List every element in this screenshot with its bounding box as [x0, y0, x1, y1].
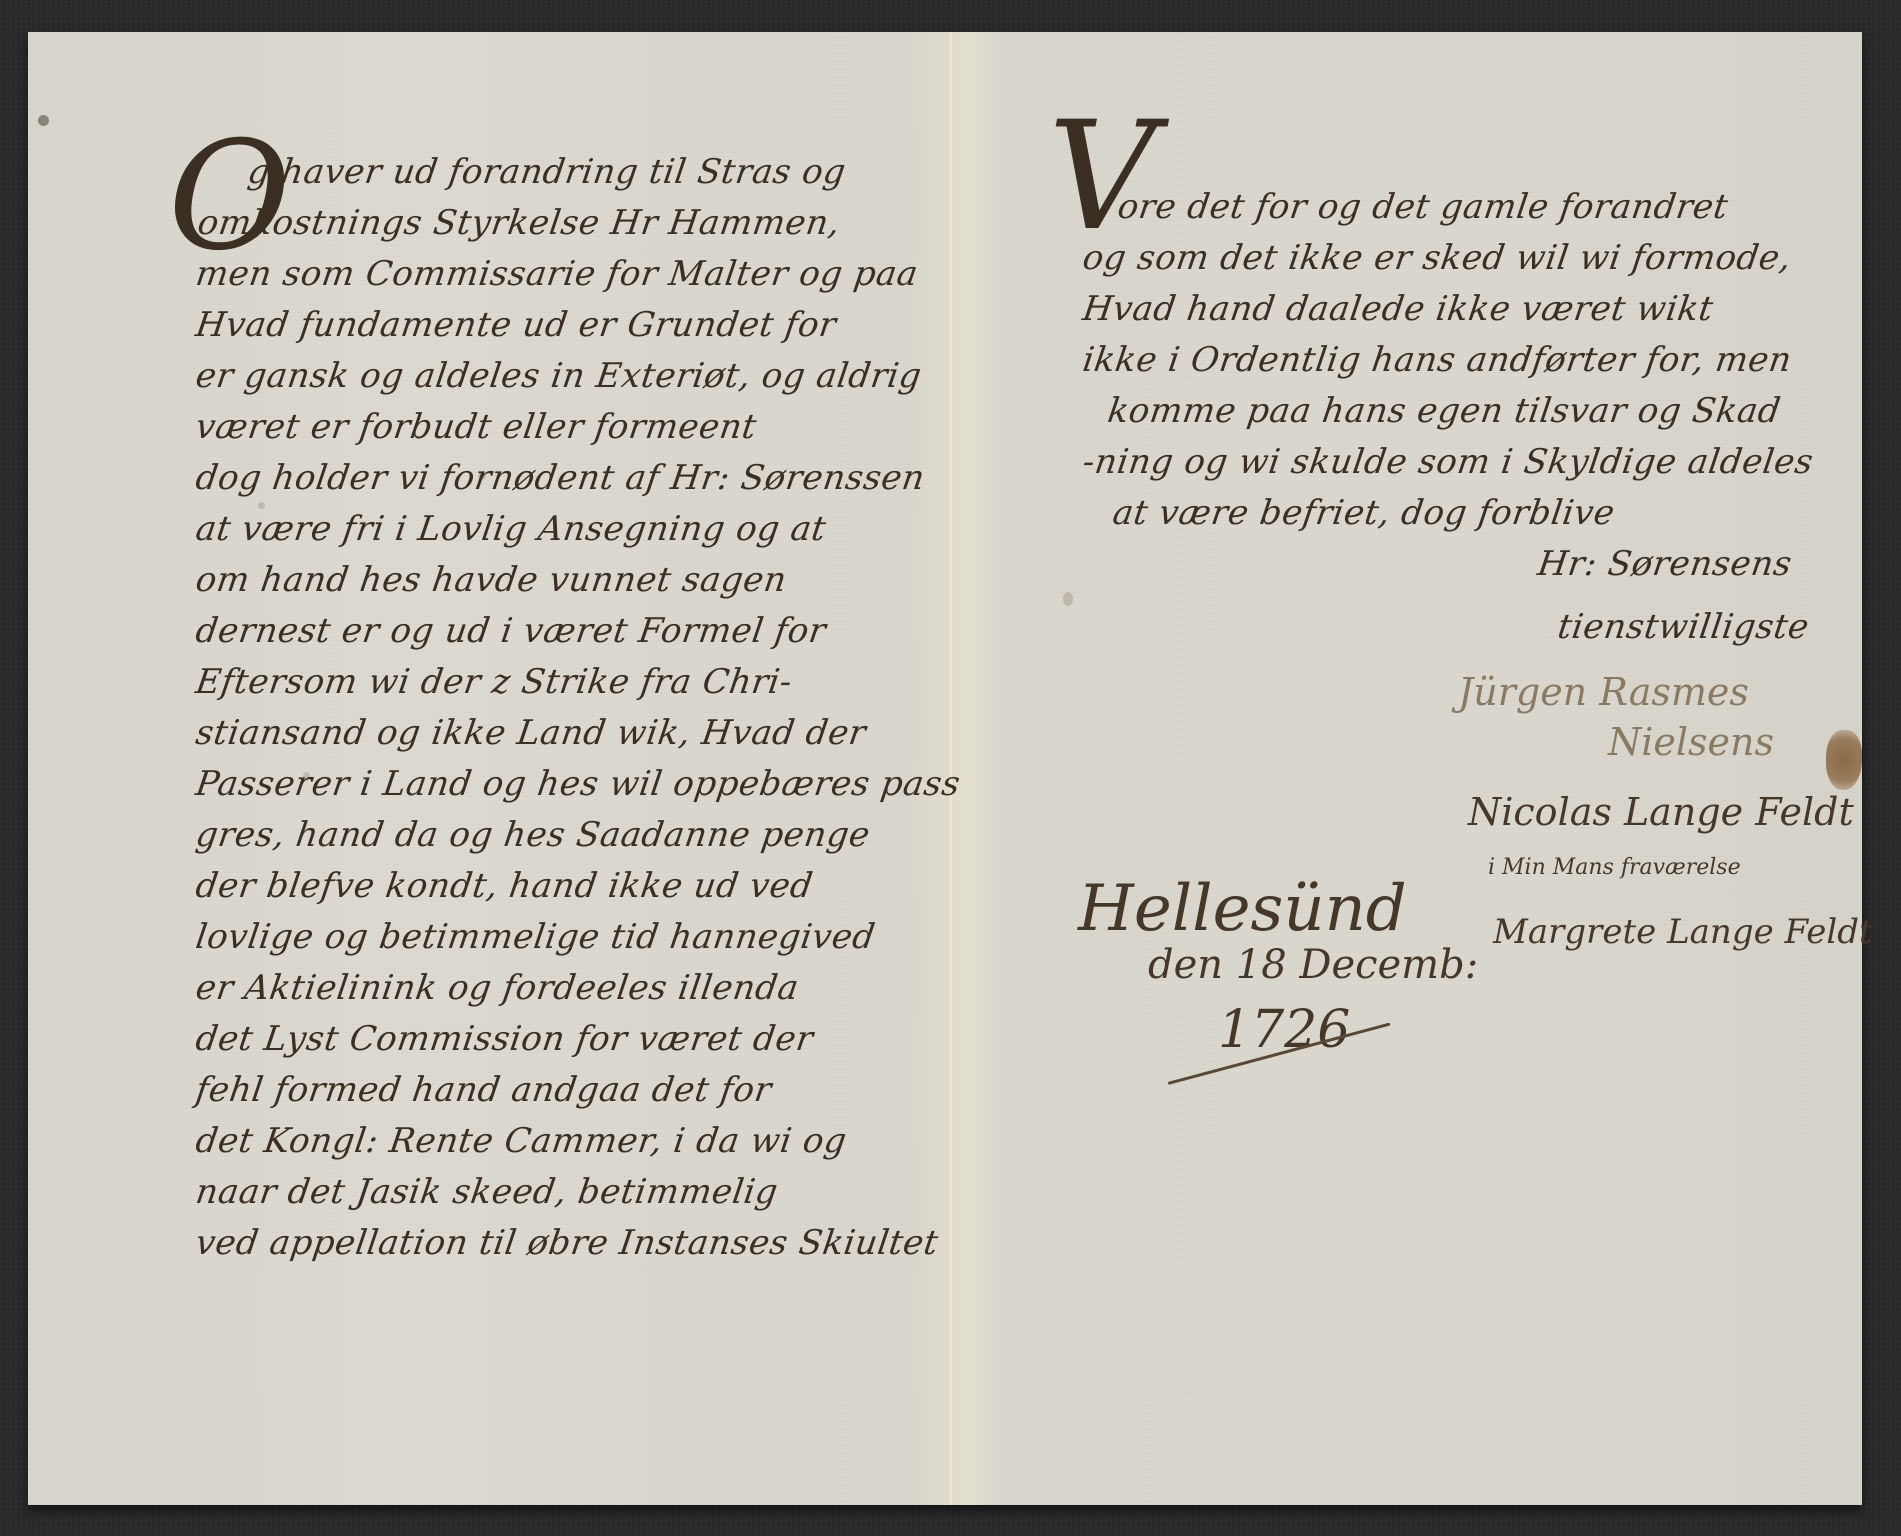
text-line: omkostnings Styrkelse Hr Hammen, — [195, 203, 843, 243]
text-line: gres, hand da og hes Saadanne penge — [193, 815, 872, 855]
ink-stain — [1826, 730, 1862, 790]
text-line: lovlige og betimmelige tid hannegived — [193, 917, 878, 957]
binding-hole — [38, 115, 49, 126]
text-line: dernest er og ud i været Formel for — [193, 611, 828, 651]
text-line: men som Commissarie for Malter og paa — [193, 254, 920, 294]
signature-jurgen-rasmes: Jürgen Rasmes — [1458, 670, 1749, 714]
text-line: Passerer i Land og hes wil oppebæres pas… — [193, 764, 963, 804]
decorative-initial: O — [168, 122, 291, 272]
text-line: stiansand og ikke Land wik, Hvad der — [193, 713, 868, 753]
closing-salutation: Hr: Sørensens — [1535, 544, 1794, 584]
text-line: der blefve kondt, hand ikke ud ved — [193, 866, 815, 906]
text-line: at være fri i Lovlig Ansegning og at — [193, 509, 828, 549]
place-name: Hellesünd — [1078, 872, 1407, 946]
closing-service: tienstwilligste — [1555, 607, 1811, 647]
text-line: ikke i Ordentlig hans andførter for, men — [1080, 340, 1794, 380]
date-line: den 18 Decemb: — [1148, 942, 1478, 988]
text-line: og som det ikke er sked wil wi formode, — [1080, 238, 1794, 278]
signature-nielsens: Nielsens — [1608, 720, 1774, 764]
text-line: at være befriet, dog forblive — [1110, 493, 1617, 533]
text-line: Hvad fundamente ud er Grundet for — [193, 305, 839, 345]
text-line: -ning og wi skulde som i Skyldige aldele… — [1080, 442, 1816, 482]
text-line: det Lyst Commission for været der — [193, 1019, 816, 1059]
text-line: Eftersom wi der z Strike fra Chri- — [193, 662, 795, 702]
text-line: Hvad hand daalede ikke været wikt — [1080, 289, 1716, 329]
signature-nicolas-lange-feldt: Nicolas Lange Feldt — [1468, 790, 1854, 834]
text-line: fehl formed hand andgaa det for — [193, 1070, 774, 1110]
signature-margrete-lange-feldt: Margrete Lange Feldt — [1493, 912, 1873, 952]
absence-note: i Min Mans fraværelse — [1488, 855, 1741, 880]
foxing-spot — [258, 502, 265, 509]
foxing-spot — [1063, 592, 1073, 606]
text-line: komme paa hans egen tilsvar og Skad — [1105, 391, 1783, 431]
manuscript-sheet: O g haver ud forandring til Stras og omk… — [28, 32, 1862, 1505]
text-line: ore det for og det gamle forandret — [1115, 187, 1730, 227]
text-line: er Aktielinink og fordeeles illenda — [193, 968, 801, 1008]
text-line: været er forbudt eller formeent — [193, 407, 759, 447]
decorative-initial: V — [1048, 102, 1156, 252]
text-line: er gansk og aldeles in Exteriøt, og aldr… — [193, 356, 924, 396]
text-line: det Kongl: Rente Cammer, i da wi og — [193, 1121, 849, 1161]
text-line: ved appellation til øbre Instanses Skiul… — [193, 1223, 941, 1263]
text-line: naar det Jasik skeed, betimmelig — [193, 1172, 780, 1212]
text-line: om hand hes havde vunnet sagen — [193, 560, 789, 600]
text-line: dog holder vi fornødent af Hr: Sørenssen — [193, 458, 927, 498]
text-line: g haver ud forandring til Stras og — [245, 152, 848, 192]
